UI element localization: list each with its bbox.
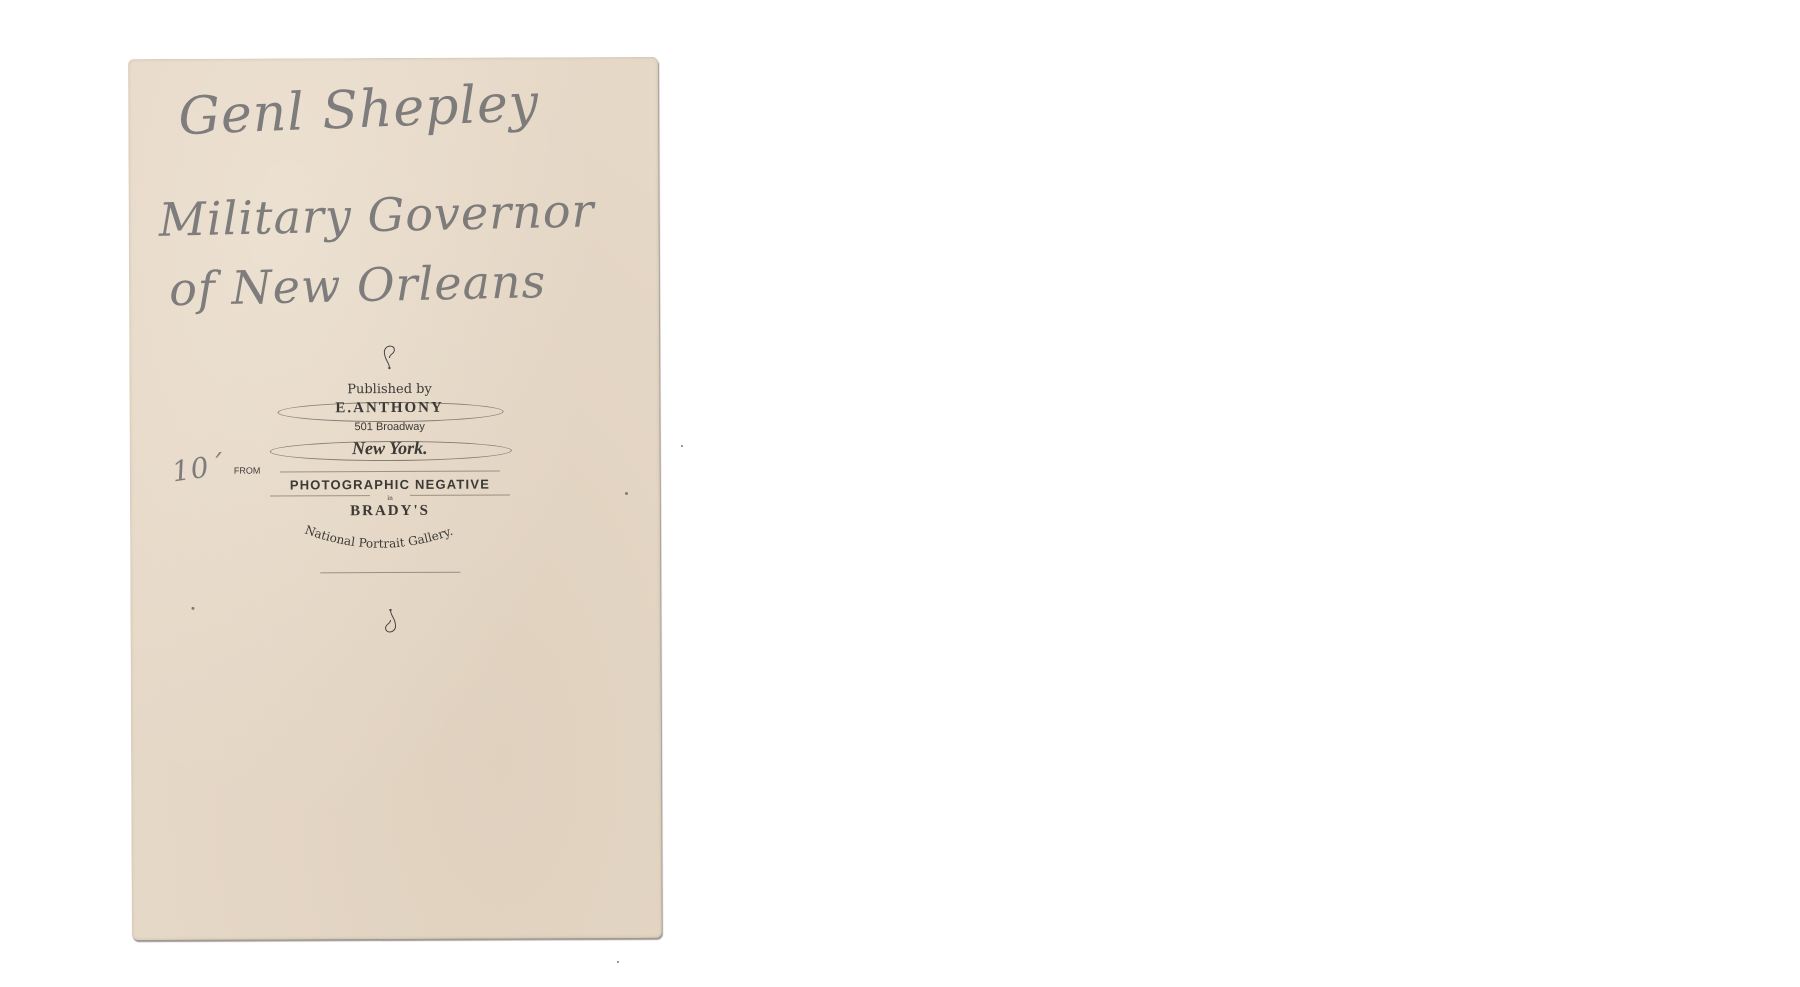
negative-label: PHOTOGRAPHIC NEGATIVE (240, 476, 540, 492)
from-label: FROM (234, 466, 261, 476)
publisher-city: New York. (240, 437, 540, 459)
published-by-label: Published by (239, 381, 539, 397)
card-speck (191, 607, 194, 610)
carte-de-visite-back: Genl Shepley Military Governor of New Or… (128, 57, 662, 940)
publisher-address: 501 Broadway (240, 420, 540, 433)
handwritten-title-line2: of New Orleans (169, 254, 547, 316)
background-speck (681, 445, 683, 447)
card-speck (625, 492, 628, 495)
handwritten-price-mark: 10´ (170, 448, 227, 488)
gallery-text: National Portrait Gallery. (303, 522, 455, 551)
photographer-imprint: Published by E.ANTHONY 501 Broadway New … (239, 339, 540, 640)
flourish-top-icon (381, 340, 397, 375)
divider (280, 471, 500, 473)
publisher-name: E.ANTHONY (240, 399, 540, 417)
background-speck (617, 961, 619, 963)
svg-text:National Portrait Gallery.: National Portrait Gallery. (303, 522, 455, 551)
gallery-name: National Portrait Gallery. (240, 522, 540, 576)
flourish-bottom-icon (382, 608, 398, 643)
handwritten-name: Genl Shepley (177, 73, 540, 147)
handwritten-title-line1: Military Governor (158, 183, 595, 246)
studio-name: BRADY'S (240, 502, 540, 520)
in-label: in (240, 493, 540, 502)
